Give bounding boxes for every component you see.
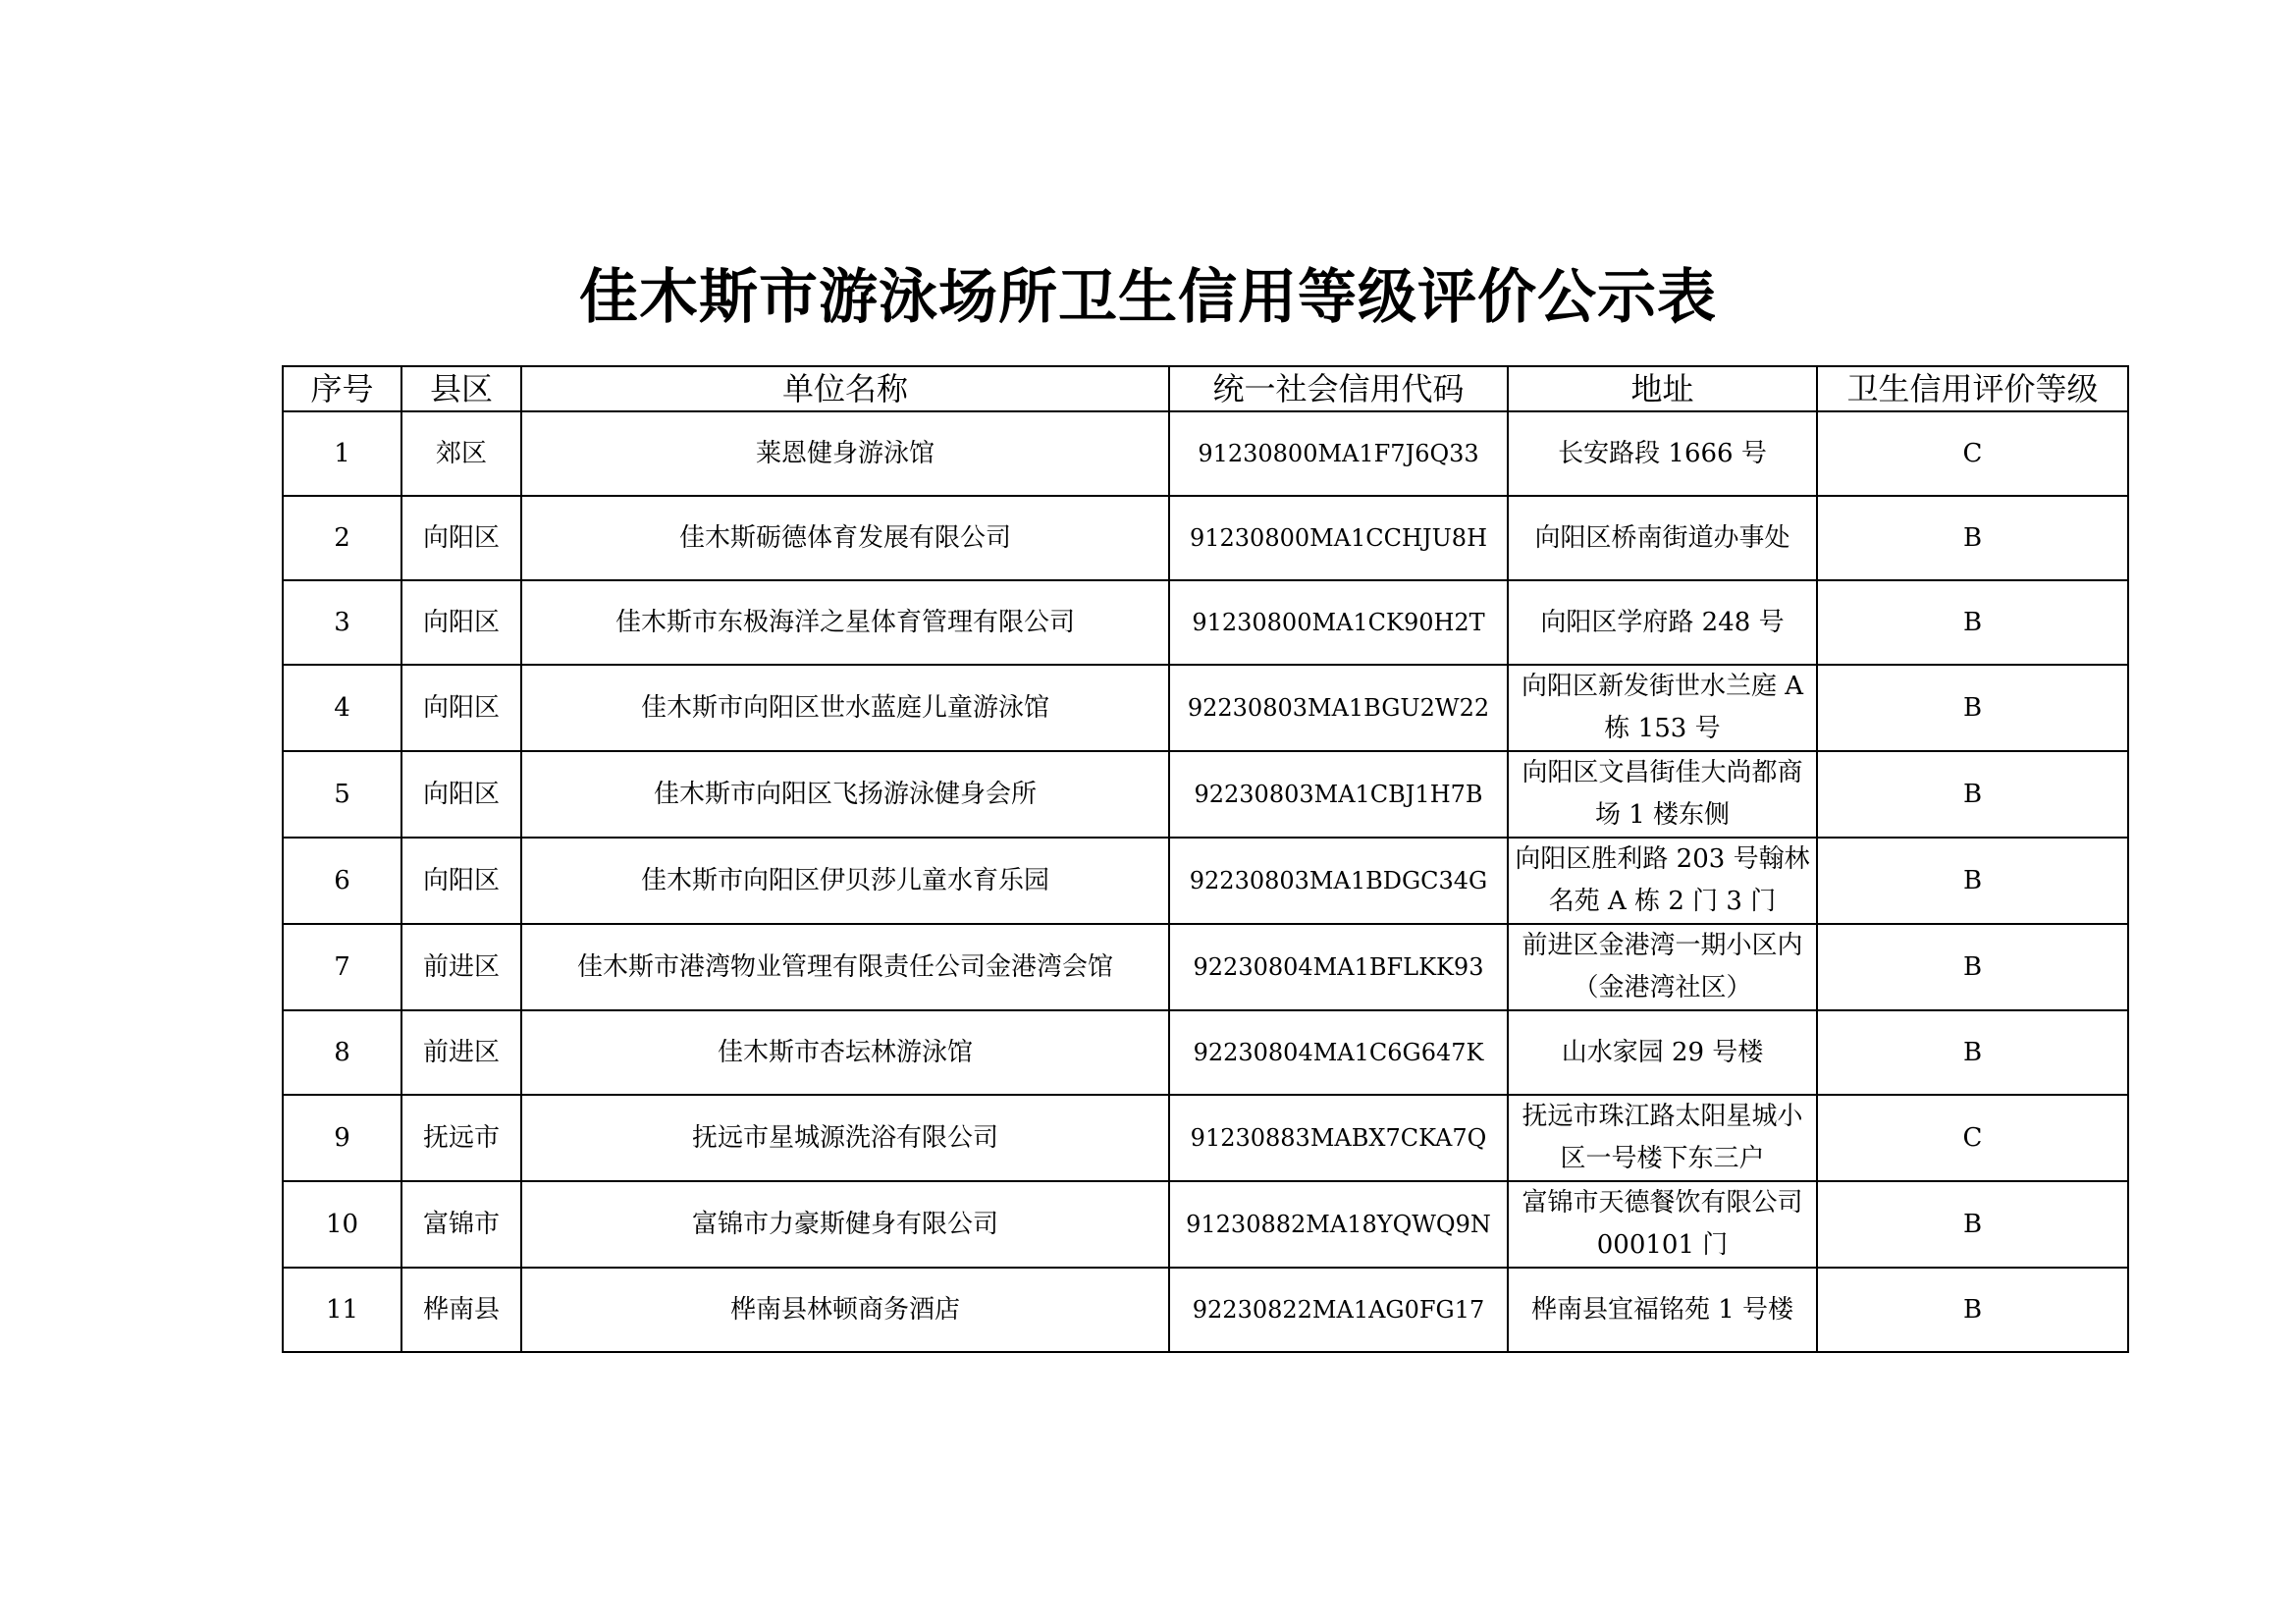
- cell-credit-code: 91230800MA1CK90H2T: [1169, 580, 1508, 665]
- cell-no: 3: [283, 580, 401, 665]
- cell-grade: B: [1817, 1268, 2128, 1352]
- cell-district: 向阳区: [401, 580, 521, 665]
- cell-address: 前进区金港湾一期小区内（金港湾社区）: [1508, 924, 1817, 1010]
- header-address: 地址: [1508, 366, 1817, 411]
- table-row: 6向阳区佳木斯市向阳区伊贝莎儿童水育乐园92230803MA1BDGC34G向阳…: [283, 838, 2128, 924]
- cell-no: 10: [283, 1181, 401, 1268]
- cell-no: 11: [283, 1268, 401, 1352]
- header-credit-code: 统一社会信用代码: [1169, 366, 1508, 411]
- cell-no: 4: [283, 665, 401, 751]
- cell-credit-code: 91230800MA1CCHJU8H: [1169, 496, 1508, 580]
- cell-address: 向阳区学府路 248 号: [1508, 580, 1817, 665]
- cell-address: 山水家园 29 号楼: [1508, 1010, 1817, 1095]
- cell-credit-code: 92230803MA1BGU2W22: [1169, 665, 1508, 751]
- cell-address: 向阳区桥南街道办事处: [1508, 496, 1817, 580]
- page-title: 佳木斯市游泳场所卫生信用等级评价公示表: [0, 250, 2296, 335]
- cell-name: 佳木斯市港湾物业管理有限责任公司金港湾会馆: [521, 924, 1169, 1010]
- cell-credit-code: 92230822MA1AG0FG17: [1169, 1268, 1508, 1352]
- cell-grade: C: [1817, 411, 2128, 496]
- cell-name: 抚远市星城源洗浴有限公司: [521, 1095, 1169, 1181]
- cell-district: 向阳区: [401, 496, 521, 580]
- header-no: 序号: [283, 366, 401, 411]
- cell-address: 桦南县宜福铭苑 1 号楼: [1508, 1268, 1817, 1352]
- cell-address: 向阳区新发街世水兰庭 A 栋 153 号: [1508, 665, 1817, 751]
- table-row: 8前进区佳木斯市杏坛林游泳馆92230804MA1C6G647K山水家园 29 …: [283, 1010, 2128, 1095]
- cell-grade: B: [1817, 924, 2128, 1010]
- table-row: 10富锦市富锦市力豪斯健身有限公司91230882MA18YQWQ9N富锦市天德…: [283, 1181, 2128, 1268]
- table-row: 9抚远市抚远市星城源洗浴有限公司91230883MABX7CKA7Q抚远市珠江路…: [283, 1095, 2128, 1181]
- cell-name: 桦南县林顿商务酒店: [521, 1268, 1169, 1352]
- cell-no: 1: [283, 411, 401, 496]
- cell-district: 向阳区: [401, 751, 521, 838]
- cell-name: 佳木斯市杏坛林游泳馆: [521, 1010, 1169, 1095]
- cell-grade: B: [1817, 751, 2128, 838]
- table-row: 2向阳区佳木斯砺德体育发展有限公司91230800MA1CCHJU8H向阳区桥南…: [283, 496, 2128, 580]
- cell-address: 富锦市天德餐饮有限公司 000101 门: [1508, 1181, 1817, 1268]
- cell-credit-code: 92230804MA1BFLKK93: [1169, 924, 1508, 1010]
- cell-district: 抚远市: [401, 1095, 521, 1181]
- table-row: 5向阳区佳木斯市向阳区飞扬游泳健身会所92230803MA1CBJ1H7B向阳区…: [283, 751, 2128, 838]
- cell-district: 前进区: [401, 924, 521, 1010]
- cell-grade: C: [1817, 1095, 2128, 1181]
- cell-credit-code: 92230803MA1CBJ1H7B: [1169, 751, 1508, 838]
- cell-district: 富锦市: [401, 1181, 521, 1268]
- cell-district: 向阳区: [401, 838, 521, 924]
- cell-credit-code: 92230803MA1BDGC34G: [1169, 838, 1508, 924]
- cell-credit-code: 92230804MA1C6G647K: [1169, 1010, 1508, 1095]
- header-name: 单位名称: [521, 366, 1169, 411]
- table-row: 1郊区莱恩健身游泳馆91230800MA1F7J6Q33长安路段 1666 号C: [283, 411, 2128, 496]
- cell-address: 向阳区文昌街佳大尚都商场 1 楼东侧: [1508, 751, 1817, 838]
- header-district: 县区: [401, 366, 521, 411]
- cell-name: 佳木斯砺德体育发展有限公司: [521, 496, 1169, 580]
- cell-district: 桦南县: [401, 1268, 521, 1352]
- cell-name: 富锦市力豪斯健身有限公司: [521, 1181, 1169, 1268]
- cell-district: 郊区: [401, 411, 521, 496]
- cell-name: 佳木斯市向阳区世水蓝庭儿童游泳馆: [521, 665, 1169, 751]
- credit-rating-table: 序号 县区 单位名称 统一社会信用代码 地址 卫生信用评价等级 1郊区莱恩健身游…: [282, 365, 2129, 1353]
- cell-credit-code: 91230882MA18YQWQ9N: [1169, 1181, 1508, 1268]
- cell-name: 佳木斯市向阳区伊贝莎儿童水育乐园: [521, 838, 1169, 924]
- cell-credit-code: 91230800MA1F7J6Q33: [1169, 411, 1508, 496]
- cell-grade: B: [1817, 1181, 2128, 1268]
- cell-name: 莱恩健身游泳馆: [521, 411, 1169, 496]
- table-row: 4向阳区佳木斯市向阳区世水蓝庭儿童游泳馆92230803MA1BGU2W22向阳…: [283, 665, 2128, 751]
- cell-no: 6: [283, 838, 401, 924]
- header-grade: 卫生信用评价等级: [1817, 366, 2128, 411]
- cell-grade: B: [1817, 580, 2128, 665]
- cell-no: 2: [283, 496, 401, 580]
- cell-no: 7: [283, 924, 401, 1010]
- cell-address: 长安路段 1666 号: [1508, 411, 1817, 496]
- table-row: 7前进区佳木斯市港湾物业管理有限责任公司金港湾会馆92230804MA1BFLK…: [283, 924, 2128, 1010]
- cell-grade: B: [1817, 665, 2128, 751]
- cell-no: 5: [283, 751, 401, 838]
- cell-credit-code: 91230883MABX7CKA7Q: [1169, 1095, 1508, 1181]
- cell-no: 9: [283, 1095, 401, 1181]
- cell-grade: B: [1817, 496, 2128, 580]
- table-header-row: 序号 县区 单位名称 统一社会信用代码 地址 卫生信用评价等级: [283, 366, 2128, 411]
- cell-district: 向阳区: [401, 665, 521, 751]
- table-row: 3向阳区佳木斯市东极海洋之星体育管理有限公司91230800MA1CK90H2T…: [283, 580, 2128, 665]
- cell-name: 佳木斯市东极海洋之星体育管理有限公司: [521, 580, 1169, 665]
- cell-district: 前进区: [401, 1010, 521, 1095]
- cell-address: 向阳区胜利路 203 号翰林名苑 A 栋 2 门 3 门: [1508, 838, 1817, 924]
- cell-grade: B: [1817, 1010, 2128, 1095]
- table-row: 11桦南县桦南县林顿商务酒店92230822MA1AG0FG17桦南县宜福铭苑 …: [283, 1268, 2128, 1352]
- cell-no: 8: [283, 1010, 401, 1095]
- cell-address: 抚远市珠江路太阳星城小区一号楼下东三户: [1508, 1095, 1817, 1181]
- cell-grade: B: [1817, 838, 2128, 924]
- cell-name: 佳木斯市向阳区飞扬游泳健身会所: [521, 751, 1169, 838]
